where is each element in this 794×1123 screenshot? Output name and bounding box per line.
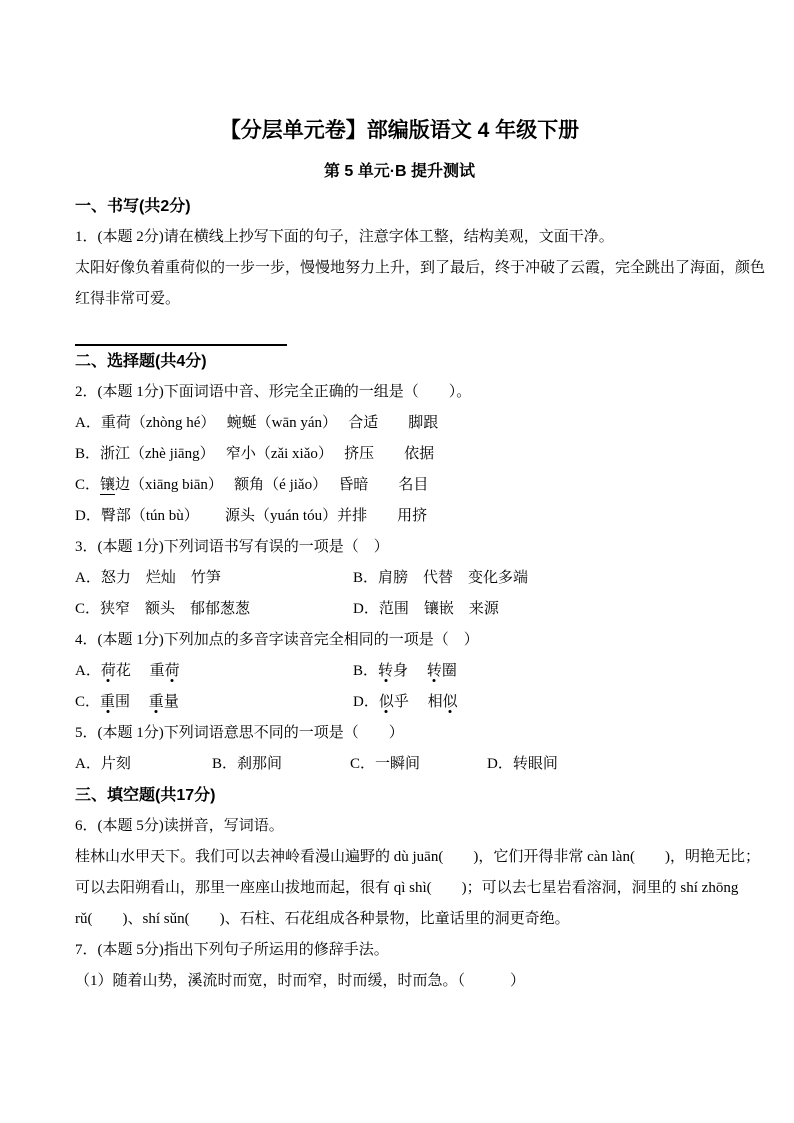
question-1-stem: 1．(本题 2分)请在横线上抄写下面的句子，注意字体工整，结构美观，文面干净。: [75, 222, 724, 253]
question-2-option-b: B．浙江（zhè jiāng） 窄小（zǎi xiǎo） 挤压 依据: [75, 439, 724, 470]
question-5-option-d: D．转眼间: [487, 749, 724, 780]
section-2-heading: 二、选择题(共4分): [75, 346, 724, 377]
question-6-stem: 6．(本题 5分)读拼音，写词语。: [75, 811, 724, 842]
question-7-sub-1: （1）随着山势，溪流时而宽，时而窄，时而缓，时而急。（ ）: [75, 966, 724, 997]
section-1-heading: 一、书写(共2分): [75, 191, 724, 222]
page-subtitle: 第 5 单元·B 提升测试: [75, 160, 724, 184]
question-3-option-a: A．怒力 烂灿 竹笋: [75, 563, 353, 594]
question-1-passage-line-2: 红得非常可爱。: [75, 284, 724, 315]
question-5-options-row: A．片刻 B．刹那间 C．一瞬间 D．转眼间: [75, 749, 724, 780]
question-3-option-d: D．范围 镶嵌 来源: [353, 594, 724, 625]
test-paper-page: 【分层单元卷】部编版语文 4 年级下册 第 5 单元·B 提升测试 一、书写(共…: [0, 0, 794, 1123]
answer-blank-line: [75, 322, 287, 346]
question-4-option-d: D．似乎 相似: [353, 687, 724, 718]
question-4-stem: 4．(本题 1分)下列加点的多音字读音完全相同的一项是（ ）: [75, 625, 724, 656]
question-2-option-a: A．重荷（zhòng hé） 蜿蜒（wān yán） 合适 脚跟: [75, 408, 724, 439]
question-4-option-a: A．荷花 重荷: [75, 656, 353, 687]
question-3-options-row-2: C．狭窄 额头 郁郁葱葱 D．范围 镶嵌 来源: [75, 594, 724, 625]
question-5-option-c: C．一瞬间: [350, 749, 487, 780]
question-5-stem: 5．(本题 1分)下列词语意思不同的一项是（ ）: [75, 718, 724, 749]
question-3-option-b: B．肩膀 代替 变化多端: [353, 563, 724, 594]
question-3-stem: 3．(本题 1分)下列词语书写有误的一项是（ ）: [75, 532, 724, 563]
question-3-options-row-1: A．怒力 烂灿 竹笋 B．肩膀 代替 变化多端: [75, 563, 724, 594]
question-2-option-c: C．镶边（xiāng biān） 额角（é jiǎo） 昏暗 名目: [75, 470, 724, 501]
question-2-option-d: D．臀部（tún bù） 源头（yuán tóu）并排 用挤: [75, 501, 724, 532]
question-6-passage-line-1: 桂林山水甲天下。我们可以去神岭看漫山遍野的 dù juān( )，它们开得非常 …: [75, 842, 724, 873]
question-4-option-c: C．重围 重量: [75, 687, 353, 718]
paper-content: 一、书写(共2分) 1．(本题 2分)请在横线上抄写下面的句子，注意字体工整，结…: [75, 191, 724, 997]
question-5-option-b: B．刹那间: [212, 749, 350, 780]
question-1-answer-row: [75, 315, 724, 346]
question-4-option-b: B．转身 转圈: [353, 656, 724, 687]
question-1-passage-line-1: 太阳好像负着重荷似的一步一步，慢慢地努力上升，到了最后，终于冲破了云霞，完全跳出…: [75, 253, 724, 284]
question-3-option-c: C．狭窄 额头 郁郁葱葱: [75, 594, 353, 625]
question-4-options-row-1: A．荷花 重荷 B．转身 转圈: [75, 656, 724, 687]
question-7-stem: 7．(本题 5分)指出下列句子所运用的修辞手法。: [75, 935, 724, 966]
section-3-heading: 三、填空题(共17分): [75, 780, 724, 811]
question-2-stem: 2．(本题 1分)下面词语中音、形完全正确的一组是（ ）。: [75, 377, 724, 408]
question-4-options-row-2: C．重围 重量 D．似乎 相似: [75, 687, 724, 718]
page-title: 【分层单元卷】部编版语文 4 年级下册: [75, 116, 724, 146]
question-6-passage-line-3: rǔ( )、shí sǔn( )、石柱、石花组成各种景物，比童话里的洞更奇绝。: [75, 904, 724, 935]
question-6-passage-line-2: 可以去阳朔看山，那里一座座山拔地而起，很有 qì shì( )；可以去七星岩看溶…: [75, 873, 724, 904]
question-5-option-a: A．片刻: [75, 749, 212, 780]
